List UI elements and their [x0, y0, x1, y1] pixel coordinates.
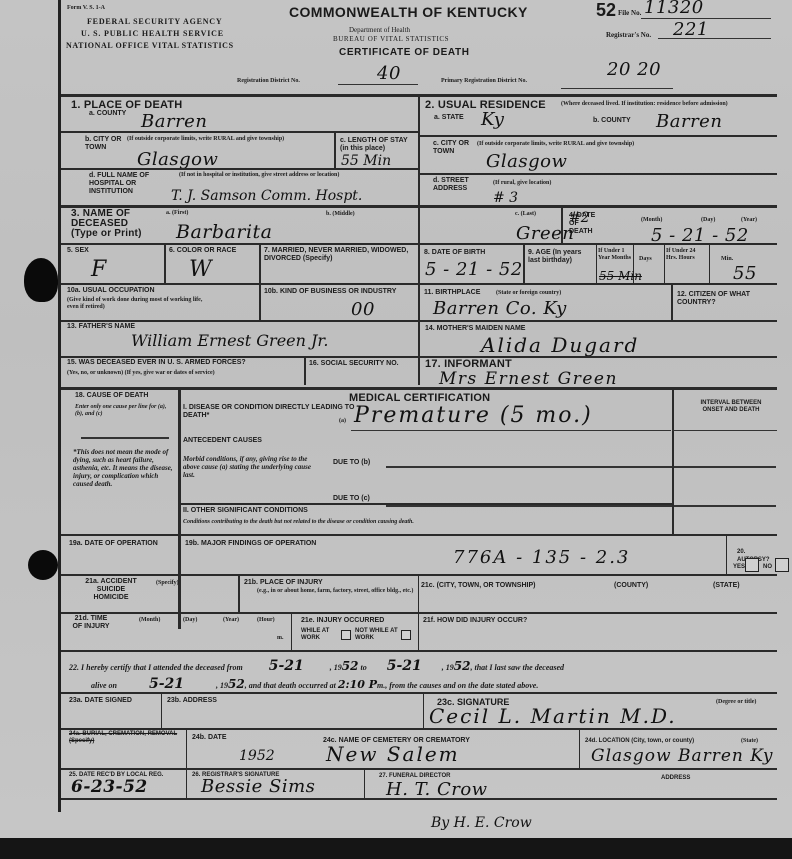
scan-border	[0, 838, 792, 859]
length-of-stay-label: c. LENGTH OF STAY (in this place)	[340, 137, 416, 153]
rule	[61, 283, 777, 285]
occupation-label: 10a. USUAL OCCUPATION	[67, 287, 155, 295]
disease-label: I. DISEASE OR CONDITION DIRECTLY LEADING…	[183, 404, 363, 420]
interval-label: INTERVAL BETWEEN ONSET AND DEATH	[691, 400, 771, 414]
race-label: 6. COLOR OR RACE	[169, 247, 236, 255]
rule	[161, 692, 162, 728]
cause-of-death-label: 18. CAUSE OF DEATH	[75, 392, 148, 400]
injury-county-label: (COUNTY)	[614, 582, 648, 590]
funeral-director-by: By H. E. Crow	[431, 815, 532, 831]
form-number: Form V. S. 1-A	[67, 4, 105, 12]
accident-specify: (Specify)	[156, 580, 179, 587]
residence-city: Glasgow	[486, 152, 567, 172]
rule	[186, 728, 187, 768]
rule	[164, 243, 166, 283]
mother-label: 14. MOTHER'S MAIDEN NAME	[425, 325, 525, 333]
certify-alive-year-prefix: , 19	[216, 681, 228, 690]
deceased-name-label: 3. NAME OF DECEASED (Type or Print)	[71, 209, 155, 239]
rule	[386, 466, 776, 468]
not-while-at-work-label: NOT WHILE AT WORK	[355, 628, 399, 642]
time-of-injury-label: 21d. TIME OF INJURY	[71, 615, 111, 631]
rule	[561, 207, 563, 243]
registrar-number: 221	[673, 20, 709, 40]
antecedent-note: Morbid conditions, if any, giving rise t…	[183, 455, 323, 479]
autopsy-no-label: NO	[763, 563, 772, 571]
age-struck: 55 Min	[599, 268, 642, 284]
residence-city-label: c. CITY OR TOWN	[433, 140, 475, 156]
rule	[61, 650, 777, 652]
registrar-underline	[658, 38, 771, 39]
rule	[61, 131, 418, 133]
rule	[259, 243, 261, 283]
rule	[709, 243, 710, 283]
age-minutes: 55	[733, 264, 757, 284]
department: Department of Health	[349, 26, 410, 34]
birthplace-label: 11. BIRTHPLACE	[424, 289, 480, 297]
year-label: (Year)	[741, 217, 757, 224]
rule	[61, 574, 777, 576]
certify-text-d: m., from the causes and on the date stat…	[377, 681, 538, 690]
burial-date: 1952	[239, 748, 275, 764]
informant-label: 17. INFORMANT	[425, 359, 512, 369]
location-state-label: (State)	[741, 738, 758, 745]
how-injury-label: 21f. HOW DID INJURY OCCUR?	[423, 617, 527, 625]
residence-street-note: (If rural, give location)	[493, 180, 551, 187]
rule	[61, 692, 777, 694]
certify-text-a: 22. I hereby certify that I attended the…	[69, 663, 243, 672]
occupation-note: (Give kind of work done during most of w…	[67, 297, 207, 311]
injury-state-label: (STATE)	[713, 582, 740, 590]
rule	[291, 612, 292, 650]
file-number: 11320	[644, 0, 704, 18]
col-divider-top	[418, 96, 420, 320]
rule	[259, 283, 261, 320]
age-days-label: Days	[639, 256, 652, 263]
due-to-c-label: DUE TO (c)	[333, 495, 370, 503]
residence-state-label: a. STATE	[434, 114, 464, 122]
father-label: 13. FATHER'S NAME	[67, 323, 135, 331]
funeral-director: H. T. Crow	[386, 780, 488, 800]
rule	[672, 389, 674, 534]
sex-label: 5. SEX	[67, 247, 89, 255]
age-label: 9. AGE (In years last birthday)	[528, 249, 592, 265]
rule	[671, 283, 673, 320]
ssn-label: 16. SOCIAL SECURITY NO.	[309, 360, 414, 368]
rule	[61, 243, 777, 245]
certify-to-year: 52	[454, 659, 471, 673]
certify-line-2: alive on 5-21 , 1952, and that death occ…	[91, 676, 781, 693]
month-label: (Month)	[641, 217, 662, 224]
punch-hole-bottom	[28, 550, 58, 580]
hospital-note: (If not in hospital or institution, give…	[179, 172, 409, 179]
file-prefix: 52	[596, 0, 616, 21]
rule	[386, 505, 776, 507]
date-of-death-label: 4. DATE OF DEATH	[569, 212, 603, 236]
burial-date-label: 24b. DATE	[192, 734, 227, 742]
certificate-form: Form V. S. 1-A FEDERAL SECURITY AGENCY U…	[58, 0, 774, 812]
residence-county: Barren	[656, 112, 722, 132]
rule	[364, 768, 365, 798]
cause-of-death-note: Enter only one cause per line for (a), (…	[75, 404, 175, 418]
rule	[726, 534, 727, 574]
residence-county-label: b. COUNTY	[593, 117, 631, 125]
last-name: Green	[516, 224, 574, 244]
date-signed-label: 23a. DATE SIGNED	[69, 697, 132, 705]
operation-date-label: 19a. DATE OF OPERATION	[69, 540, 173, 548]
death-certificate-page: Form V. S. 1-A FEDERAL SECURITY AGENCY U…	[0, 0, 792, 838]
residence-street-label: d. STREET ADDRESS	[433, 177, 483, 193]
informant-name: Mrs Ernest Green	[439, 369, 618, 389]
certify-to: to	[361, 663, 367, 672]
place-of-death-label: 1. PLACE OF DEATH	[71, 100, 182, 110]
physician-signature: Cecil L. Martin M.D.	[429, 706, 677, 726]
registration-district: 40	[377, 64, 401, 84]
antecedent-label: ANTECEDENT CAUSES	[183, 437, 262, 445]
operation-findings: 776A - 135 - 2.3	[453, 548, 630, 568]
primary-district: 20 20	[607, 60, 661, 80]
rule	[61, 768, 777, 770]
burial-location: Glasgow Barren Ky	[591, 746, 773, 766]
certify-line-1: 22. I hereby certify that I attended the…	[69, 658, 779, 674]
bureau: BUREAU OF VITAL STATISTICS	[333, 35, 449, 43]
rule	[186, 768, 187, 798]
time-hour: (Hour)	[257, 617, 275, 624]
while-at-work-checkbox[interactable]	[341, 630, 351, 640]
certify-text-c: , and that death occurred at	[245, 681, 336, 690]
rule	[61, 387, 777, 390]
rule	[351, 430, 671, 431]
marital-label: 7. MARRIED, NEVER MARRIED, WIDOWED, DIVO…	[264, 247, 414, 263]
rule	[61, 612, 777, 614]
certify-alive-year: 52	[228, 677, 245, 691]
agency-line-3: NATIONAL OFFICE VITAL STATISTICS	[66, 42, 234, 50]
accident-label: 21a. ACCIDENT SUICIDE HOMICIDE	[83, 578, 139, 602]
rule	[596, 243, 597, 283]
certify-alive-date: 5-21	[149, 676, 184, 692]
rule	[61, 798, 777, 800]
agency-line-2: U. S. PUBLIC HEALTH SERVICE	[81, 30, 224, 38]
autopsy-yes-checkbox[interactable]	[745, 558, 759, 572]
citizen-label: 12. CITIZEN OF WHAT COUNTRY?	[677, 291, 773, 307]
rule	[304, 356, 306, 385]
certify-alive-label: alive on	[91, 681, 117, 690]
time-day: (Day)	[183, 617, 197, 624]
rule	[672, 430, 777, 431]
county-label: a. COUNTY	[89, 110, 126, 118]
cause-a: Premature (5 mo.)	[354, 406, 593, 426]
not-while-at-work-checkbox[interactable]	[401, 630, 411, 640]
rule	[178, 503, 672, 505]
residence-street: # 3	[493, 190, 518, 206]
rule	[238, 574, 240, 614]
certify-text-b: , that I last saw the deceased	[470, 663, 564, 672]
death-city: Glasgow	[137, 150, 218, 170]
residence-state: Ky	[481, 110, 504, 130]
rule	[61, 728, 777, 730]
middle-name-label: b. (Middle)	[326, 211, 355, 218]
certificate-title: CERTIFICATE OF DEATH	[339, 47, 470, 58]
due-to-b-label: DUE TO (b)	[333, 459, 370, 467]
other-conditions-label: II. OTHER SIGNIFICANT CONDITIONS	[183, 507, 308, 515]
first-name-label: a. (First)	[166, 210, 188, 217]
rule	[61, 168, 418, 170]
date-of-birth: 5 - 21 - 52	[425, 260, 523, 280]
autopsy-yes-label: YES	[733, 563, 745, 571]
rule	[61, 356, 777, 358]
armed-forces-note: (Yes, no, or unknown) (If yes, give war …	[67, 370, 307, 377]
other-conditions-note: Conditions contributing to the death but…	[183, 518, 423, 526]
city-label: b. CITY OR TOWN	[85, 136, 125, 152]
rule	[579, 728, 580, 768]
rule	[664, 243, 665, 283]
certify-death-time: 2:10 P	[338, 678, 377, 691]
certify-to-date: 5-21	[387, 658, 422, 674]
time-m: m.	[277, 635, 284, 642]
length-of-stay: 55 Min	[341, 153, 391, 169]
armed-forces-label: 15. WAS DECEASED EVER IN U. S. ARMED FOR…	[67, 359, 307, 367]
address-label: 23b. ADDRESS	[167, 697, 217, 705]
medical-certification-title: MEDICAL CERTIFICATION	[349, 393, 490, 403]
race: W	[189, 260, 212, 280]
birthplace: Barren Co. Ky	[433, 299, 567, 319]
birthplace-note: (State or foreign country)	[496, 290, 561, 297]
hospital-label: d. FULL NAME OF HOSPITAL OR INSTITUTION	[89, 172, 179, 196]
injury-city-label: 21c. (CITY, TOWN, OR TOWNSHIP)	[421, 582, 535, 590]
age-min-label: Min.	[721, 256, 733, 263]
usual-residence-note: (Where deceased lived. If institution: r…	[561, 101, 776, 108]
mother-name: Alida Dugard	[481, 335, 639, 355]
certify-to-year-prefix: , 19	[442, 663, 454, 672]
father-name: William Ernest Green Jr.	[131, 333, 328, 349]
cause-a-label: (a)	[339, 418, 346, 425]
burial-label: 24a. BURIAL, CREMATION, REMOVAL (Specify…	[69, 731, 179, 745]
age-months-label: If Under 1 Year Months	[598, 248, 632, 262]
date-received: 6-23-52	[71, 777, 148, 797]
business: 00	[351, 300, 375, 320]
registration-district-underline	[338, 84, 418, 85]
registrar-label: Registrar's No.	[606, 31, 651, 39]
file-label: File No.	[618, 9, 641, 17]
time-year: (Year)	[223, 617, 239, 624]
rule	[178, 389, 181, 629]
business-label: 10b. KIND OF BUSINESS OR INDUSTRY	[264, 288, 414, 296]
autopsy-no-checkbox[interactable]	[775, 558, 789, 572]
degree-label: (Degree or title)	[716, 699, 756, 706]
state-title: COMMONWEALTH OF KENTUCKY	[289, 4, 528, 20]
location-label: 24d. LOCATION (City, town, or county)	[585, 737, 694, 745]
rule	[61, 205, 777, 208]
rule	[61, 534, 777, 536]
certify-from-year: 52	[342, 659, 359, 673]
primary-district-underline	[561, 88, 673, 89]
rule	[418, 135, 777, 137]
while-at-work-label: WHILE AT WORK	[301, 628, 341, 642]
sex: F	[91, 260, 107, 280]
last-name-label: c. (Last)	[515, 211, 536, 218]
primary-district-label: Primary Registration District No.	[441, 77, 527, 85]
date-of-birth-label: 8. DATE OF BIRTH	[424, 249, 485, 257]
city-note: (If outside corporate limits, write RURA…	[127, 136, 307, 143]
age-hours-label: If Under 24 Hrs. Hours	[666, 248, 706, 262]
first-name: Barbarita	[176, 222, 273, 242]
residence-city-note: (If outside corporate limits, write RURA…	[477, 141, 757, 148]
cause-footnote: *This does not mean the mode of dying, s…	[73, 448, 177, 488]
certify-from-date: 5-21	[269, 658, 304, 674]
place-of-injury-note: (e.g., in or about home, farm, factory, …	[257, 588, 417, 595]
rule	[334, 131, 336, 169]
death-county: Barren	[141, 112, 207, 132]
place-of-injury-label: 21b. PLACE OF INJURY	[244, 579, 323, 587]
injury-occurred-label: 21e. INJURY OCCURRED	[301, 617, 384, 625]
funeral-address-label: ADDRESS	[661, 774, 690, 782]
registration-district-label: Registration District No.	[237, 77, 300, 85]
rule	[81, 437, 169, 439]
day-label: (Day)	[701, 217, 715, 224]
cemetery-name: New Salem	[326, 744, 460, 764]
certify-from-year-prefix: , 19	[330, 663, 342, 672]
registrar-signature: Bessie Sims	[201, 777, 315, 797]
time-month: (Month)	[139, 617, 160, 624]
hospital-name: T. J. Samson Comm. Hospt.	[171, 188, 362, 204]
rule	[418, 320, 420, 385]
rule	[423, 692, 424, 728]
rule	[523, 243, 525, 283]
agency-line-1: FEDERAL SECURITY AGENCY	[87, 18, 222, 26]
operation-findings-label: 19b. MAJOR FINDINGS OF OPERATION	[185, 540, 316, 548]
punch-hole-top	[24, 258, 58, 302]
rule	[418, 173, 777, 175]
